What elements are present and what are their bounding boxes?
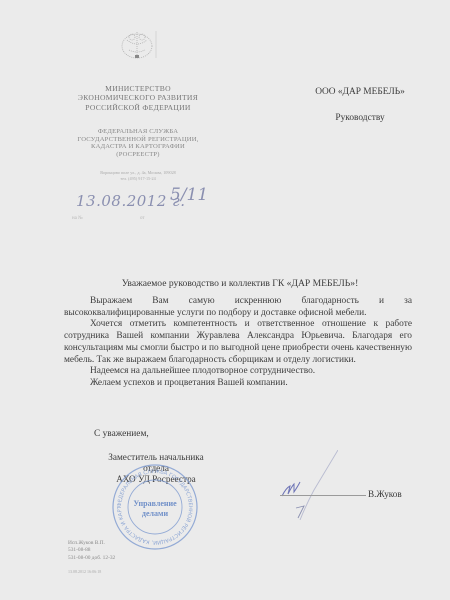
- coat-of-arms-icon: [115, 28, 159, 62]
- reference-date-label: от: [140, 216, 145, 221]
- executor-phone-ext: 531-08-00 доб. 12-32: [68, 555, 115, 562]
- salutation: Уважаемое руководство и коллектив ГК «ДА…: [60, 278, 420, 289]
- executor-info: Исп.Жуков В.П. 531-08-88 531-08-00 доб. …: [68, 540, 115, 562]
- body-paragraph: Выражаем Вам самую искреннюю благодарнос…: [64, 296, 412, 319]
- print-timestamp: 13.08.2012 16:06:18: [68, 569, 101, 574]
- closing-phrase: С уважением,: [94, 429, 149, 439]
- ministry-name: Министерство экономического развития Рос…: [64, 84, 212, 112]
- handwritten-outgoing-number: 5/11: [170, 185, 208, 205]
- executor-phone: 531-08-88: [68, 547, 115, 554]
- federal-service-name: Федеральная служба государственной регис…: [64, 128, 212, 158]
- official-stamp-icon: ФЕДЕРАЛЬНАЯ СЛУЖБА ГОСУДАРСТВЕННОЙ РЕГИС…: [110, 462, 200, 552]
- letterhead-address: Воронцово поле ул., д. 4а, Москва, 10902…: [64, 170, 212, 182]
- recipient-company: ООО «ДАР МЕБЕЛЬ»: [315, 87, 405, 97]
- signatory-name: В.Жуков: [368, 489, 402, 499]
- body-paragraph: Хочется отметить компетентность и ответс…: [64, 319, 412, 366]
- handwritten-signature-icon: [278, 450, 338, 520]
- letter-body: Выражаем Вам самую искреннюю благодарнос…: [64, 296, 412, 390]
- stamp-center-line1: Управление: [133, 499, 177, 508]
- signature-line: [280, 495, 366, 496]
- executor-name: Исп.Жуков В.П.: [68, 540, 115, 547]
- body-paragraph: Желаем успехов и процветания Вашей компа…: [64, 378, 412, 390]
- recipient-addressee: Руководству: [300, 112, 420, 124]
- recipient-block: ООО «ДАР МЕБЕЛЬ» Руководству: [300, 86, 420, 124]
- stamp-center-line2: делами: [142, 509, 169, 518]
- body-paragraph: Надеемся на дальнейшее плодотворное сотр…: [64, 366, 412, 378]
- reference-number-label: на №: [72, 216, 83, 221]
